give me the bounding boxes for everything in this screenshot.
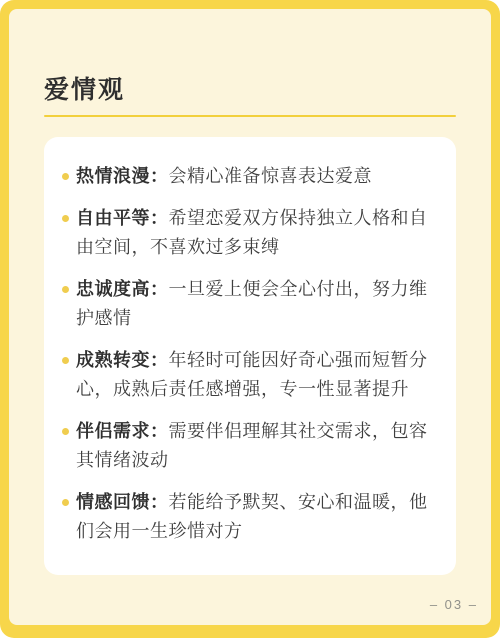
item-label: 忠诚度高： xyxy=(76,279,169,299)
poster-frame: 爱情观 热情浪漫：会精心准备惊喜表达爱意 自由平等：希望恋爱双方保持独立人格和自… xyxy=(0,0,500,638)
item-text: 会精心准备惊喜表达爱意 xyxy=(169,166,373,186)
bullet-dot-icon xyxy=(62,286,69,293)
list-item-text: 伴侣需求：需要伴侣理解其社交需求，包容其情绪波动 xyxy=(76,417,438,475)
bullet-dot-icon xyxy=(62,499,69,506)
page-title: 爱情观 xyxy=(44,9,456,104)
list-item-text: 自由平等：希望恋爱双方保持独立人格和自由空间，不喜欢过多束缚 xyxy=(76,204,438,262)
bullet-dot-icon xyxy=(62,428,69,435)
bullet-dot-icon xyxy=(62,173,69,180)
bullet-dot-icon xyxy=(62,215,69,222)
item-label: 自由平等： xyxy=(76,208,169,228)
content-card: 热情浪漫：会精心准备惊喜表达爱意 自由平等：希望恋爱双方保持独立人格和自由空间，… xyxy=(44,137,456,575)
list-item: 热情浪漫：会精心准备惊喜表达爱意 xyxy=(62,162,438,191)
traits-list: 热情浪漫：会精心准备惊喜表达爱意 自由平等：希望恋爱双方保持独立人格和自由空间，… xyxy=(62,162,438,546)
item-label: 热情浪漫： xyxy=(76,166,169,186)
item-label: 成熟转变： xyxy=(76,350,169,370)
poster-background: 爱情观 热情浪漫：会精心准备惊喜表达爱意 自由平等：希望恋爱双方保持独立人格和自… xyxy=(9,9,491,625)
bullet-dot-icon xyxy=(62,357,69,364)
list-item: 伴侣需求：需要伴侣理解其社交需求，包容其情绪波动 xyxy=(62,417,438,475)
item-label: 情感回馈： xyxy=(76,492,169,512)
item-label: 伴侣需求： xyxy=(76,421,169,441)
page-number: – 03 – xyxy=(430,597,478,612)
list-item: 忠诚度高：一旦爱上便会全心付出，努力维护感情 xyxy=(62,275,438,333)
title-divider xyxy=(44,115,456,117)
list-item: 情感回馈：若能给予默契、安心和温暖，他们会用一生珍惜对方 xyxy=(62,488,438,546)
list-item: 自由平等：希望恋爱双方保持独立人格和自由空间，不喜欢过多束缚 xyxy=(62,204,438,262)
list-item: 成熟转变：年轻时可能因好奇心强而短暂分心，成熟后责任感增强，专一性显著提升 xyxy=(62,346,438,404)
content-area: 爱情观 热情浪漫：会精心准备惊喜表达爱意 自由平等：希望恋爱双方保持独立人格和自… xyxy=(9,9,491,575)
list-item-text: 情感回馈：若能给予默契、安心和温暖，他们会用一生珍惜对方 xyxy=(76,488,438,546)
list-item-text: 忠诚度高：一旦爱上便会全心付出，努力维护感情 xyxy=(76,275,438,333)
list-item-text: 成熟转变：年轻时可能因好奇心强而短暂分心，成熟后责任感增强，专一性显著提升 xyxy=(76,346,438,404)
list-item-text: 热情浪漫：会精心准备惊喜表达爱意 xyxy=(76,162,372,191)
